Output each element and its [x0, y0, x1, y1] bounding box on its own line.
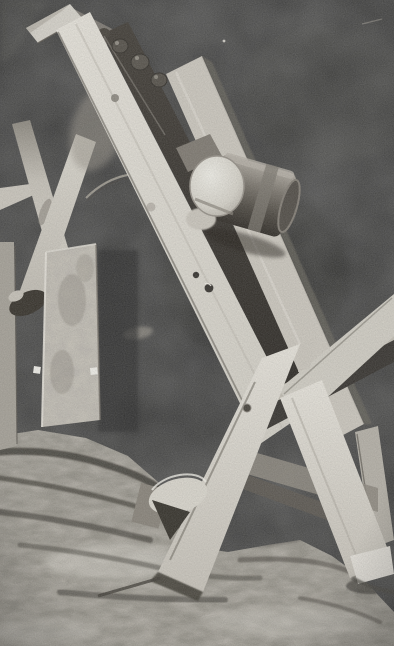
film-grain — [0, 0, 394, 646]
photo-canvas: black-and-white photograph Grainy black-… — [0, 0, 394, 646]
historic-photograph: black-and-white photograph Grainy black-… — [0, 0, 394, 646]
